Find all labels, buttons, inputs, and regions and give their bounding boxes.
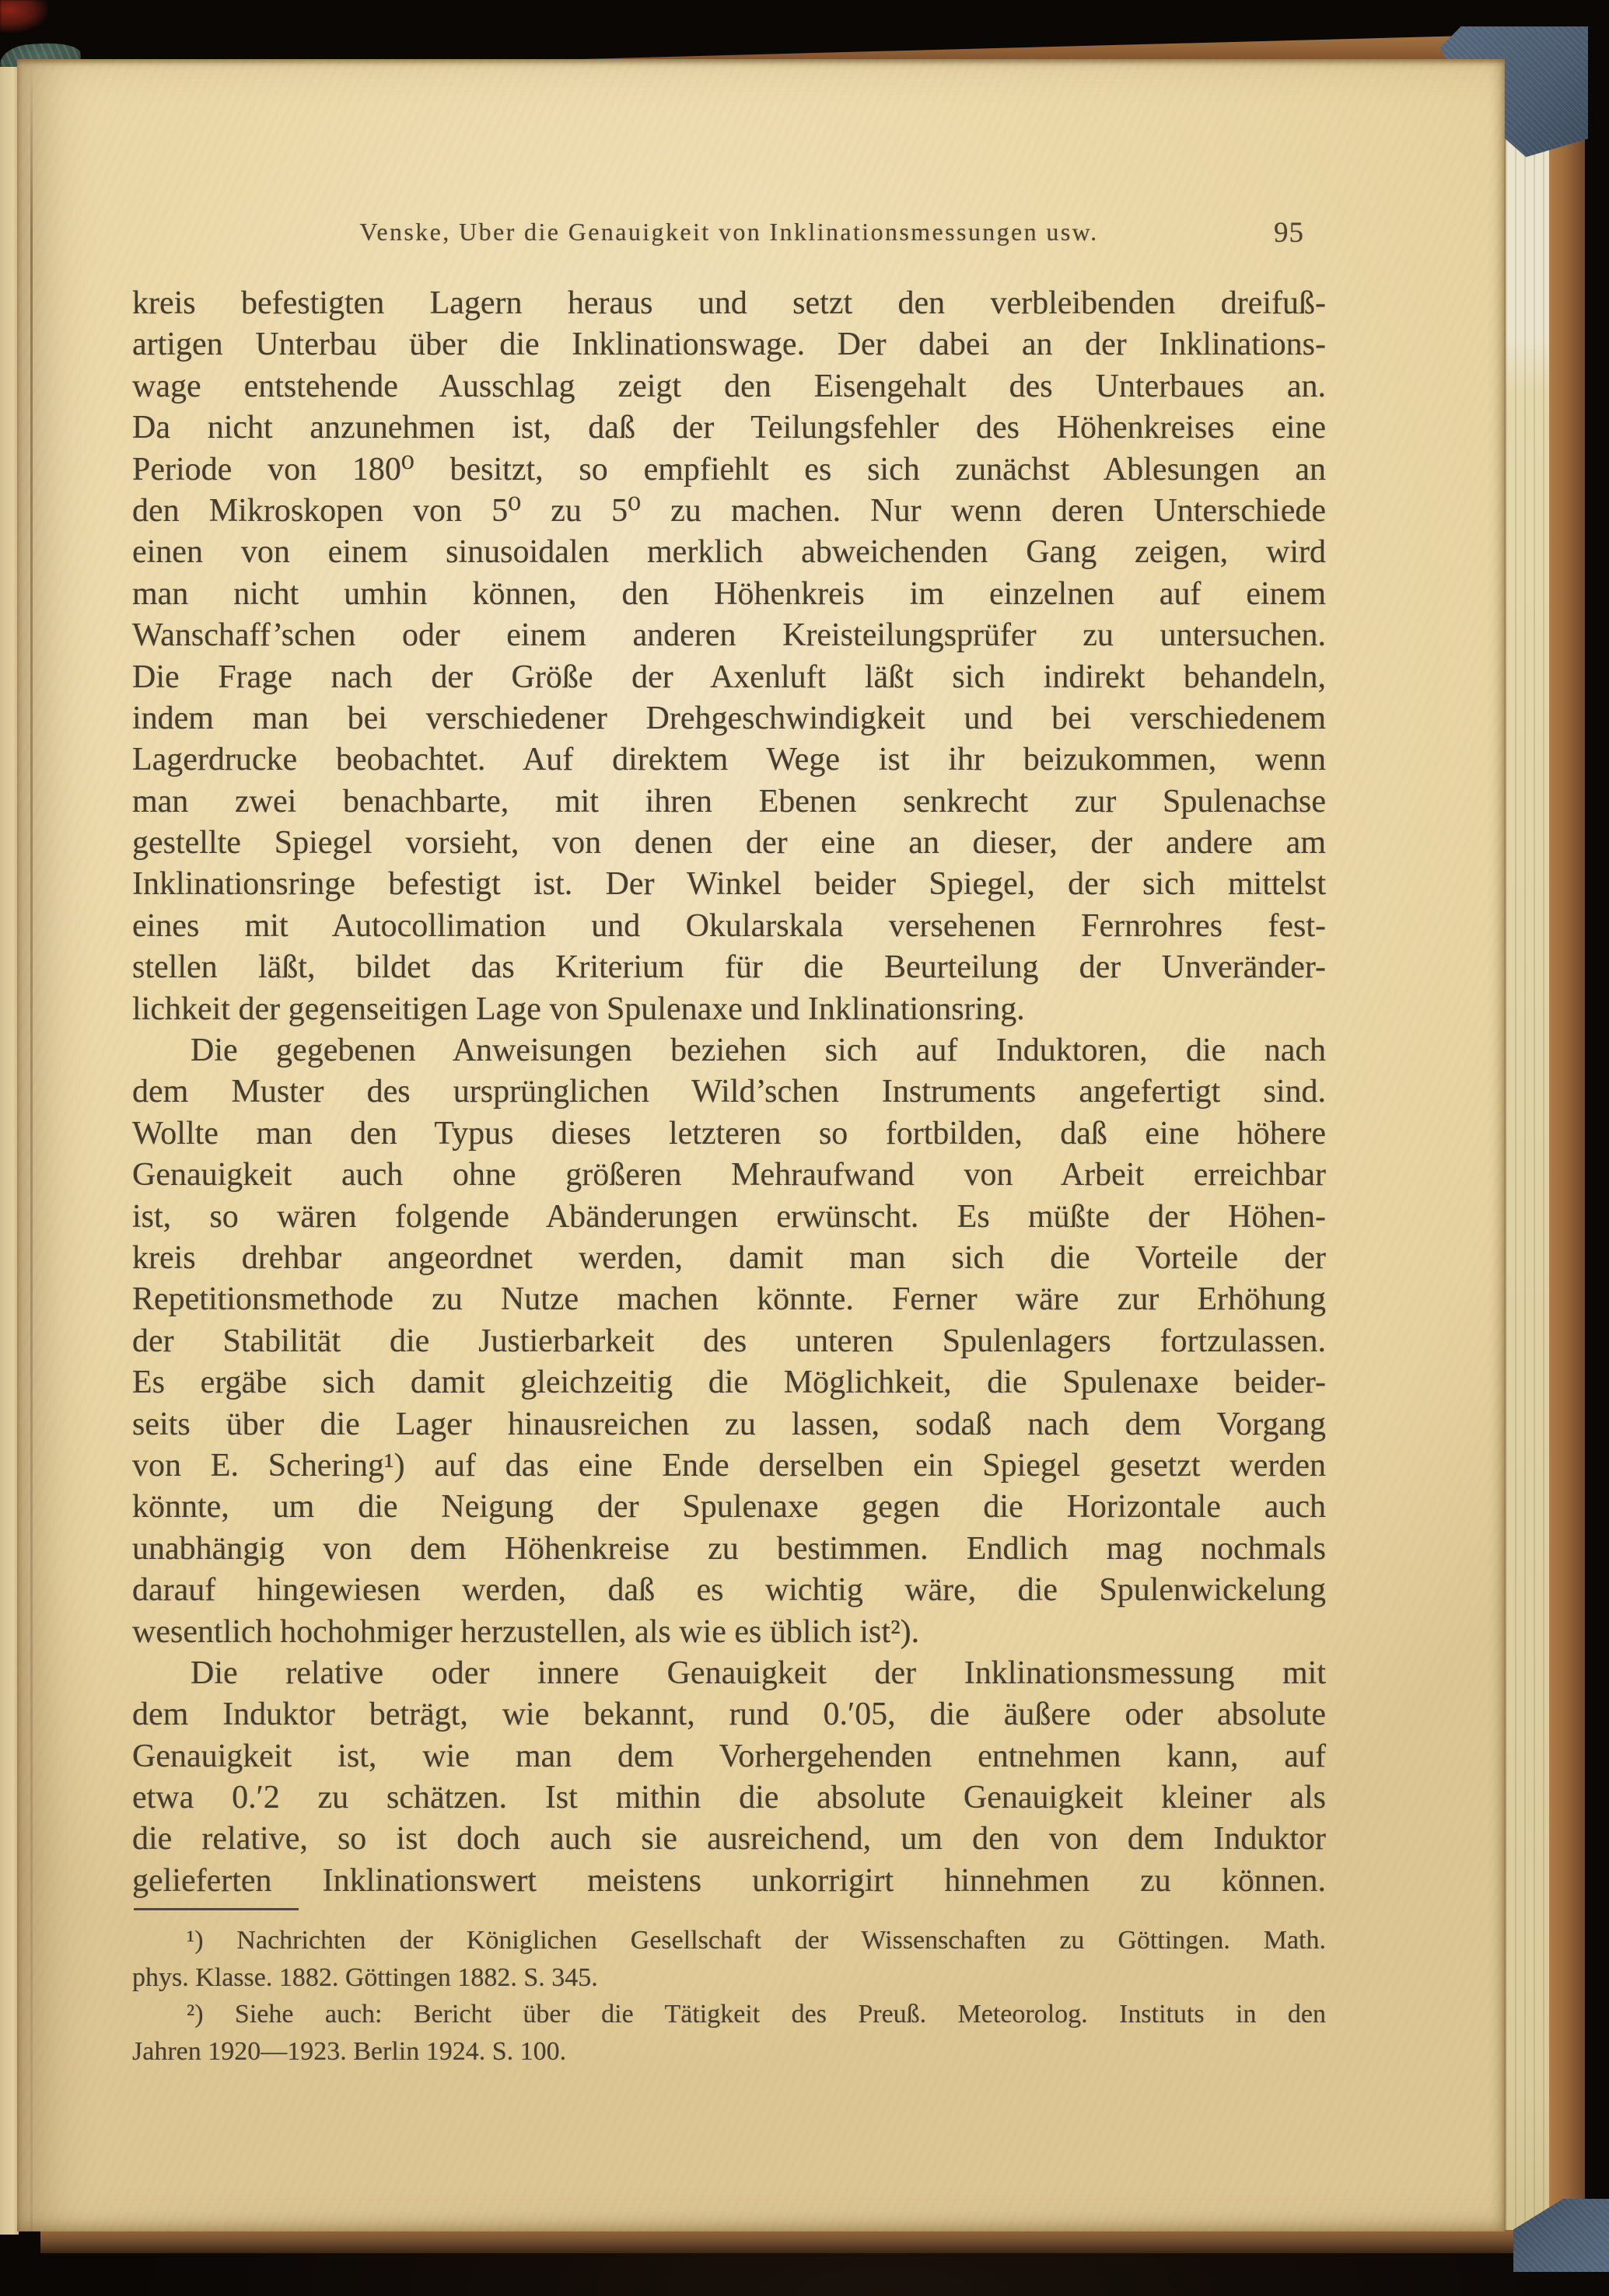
text-line: etwa 0.′2 zu schätzen. Ist mithin die ab… [132, 1777, 1326, 1819]
text-line: dem Induktor beträgt, wie bekannt, rund … [132, 1694, 1326, 1735]
text-line: kreis befestigten Lagern heraus und setz… [132, 283, 1326, 324]
text-line: Inklinationsringe befestigt ist. Der Win… [132, 864, 1326, 905]
text-line: Die relative oder innere Genauigkeit der… [132, 1653, 1326, 1694]
text-line: die relative, so ist doch auch sie ausre… [132, 1819, 1326, 1860]
book-cover-right-edge [1549, 45, 1585, 2263]
text-line: artigen Unterbau über die Inklinationswa… [132, 324, 1326, 365]
gutter-page-sliver [0, 67, 19, 2235]
text-line: dem Muster des ursprünglichen Wild’schen… [132, 1071, 1326, 1113]
text-line: Repetitionsmethode zu Nutze machen könnt… [132, 1279, 1326, 1320]
gutter-crease [30, 59, 33, 2231]
text-line: Genauigkeit ist, wie man dem Vorhergehen… [132, 1736, 1326, 1777]
text-line: Die Frage nach der Größe der Axenluft lä… [132, 657, 1326, 698]
scanned-book-page: Venske, Uber die Genauigkeit von Inklina… [0, 0, 1609, 2296]
red-corner-mark [0, 0, 48, 33]
text-line: eines mit Autocollimation und Okularskal… [132, 906, 1326, 947]
text-line: Wollte man den Typus dieses letzteren so… [132, 1113, 1326, 1155]
footnote-line: ²) Siehe auch: Bericht über die Tätigkei… [132, 1996, 1326, 2033]
page-number: 95 [1274, 216, 1304, 250]
running-header: Venske, Uber die Genauigkeit von Inklina… [132, 218, 1326, 252]
text-line: Die gegebenen Anweisungen beziehen sich … [132, 1030, 1326, 1071]
text-line: könnte, um die Neigung der Spulenaxe geg… [132, 1487, 1326, 1528]
body-text: kreis befestigten Lagern heraus und setz… [132, 283, 1326, 1902]
book-page: Venske, Uber die Genauigkeit von Inklina… [17, 59, 1505, 2231]
text-line: wage entstehende Ausschlag zeigt den Eis… [132, 366, 1326, 407]
header-title: Venske, Uber die Genauigkeit von Inklina… [132, 218, 1326, 246]
text-line: Es ergäbe sich damit gleichzeitig die Mö… [132, 1362, 1326, 1403]
text-line: Lagerdrucke beobachtet. Auf direktem Weg… [132, 739, 1326, 781]
text-line: den Mikroskopen von 5⁰ zu 5⁰ zu machen. … [132, 491, 1326, 532]
text-line: man nicht umhin können, den Höhenkreis i… [132, 574, 1326, 615]
text-line: lichkeit der gegenseitigen Lage von Spul… [132, 989, 1326, 1030]
text-line: man zwei benachbarte, mit ihren Ebenen s… [132, 781, 1326, 823]
text-line: indem man bei verschiedener Drehgeschwin… [132, 698, 1326, 739]
footnote-line: phys. Klasse. 1882. Göttingen 1882. S. 3… [132, 1959, 1326, 1997]
text-line: von E. Schering¹) auf das eine Ende ders… [132, 1445, 1326, 1487]
text-line: Periode von 180⁰ besitzt, so empfiehlt e… [132, 449, 1326, 491]
page-stack-right-edge [1503, 59, 1549, 2249]
text-line: unabhängig von dem Höhenkreise zu bestim… [132, 1529, 1326, 1570]
text-line: wesentlich hochohmiger herzustellen, als… [132, 1612, 1326, 1653]
text-line: stellen läßt, bildet das Kriterium für d… [132, 947, 1326, 988]
text-line: der Stabilität die Justierbarkeit des un… [132, 1321, 1326, 1362]
text-line: Genauigkeit auch ohne größeren Mehraufwa… [132, 1155, 1326, 1196]
footnote-line: Jahren 1920—1923. Berlin 1924. S. 100. [132, 2033, 1326, 2071]
footnotes: ¹) Nachrichten der Königlichen Gesellsch… [132, 1922, 1326, 2070]
page-stack-bottom-edge [40, 2230, 1586, 2253]
footnote-line: ¹) Nachrichten der Königlichen Gesellsch… [132, 1922, 1326, 1959]
text-line: darauf hingewiesen werden, daß es wichti… [132, 1570, 1326, 1611]
text-line: ist, so wären folgende Abänderungen erwü… [132, 1197, 1326, 1238]
text-line: einen von einem sinusoidalen merklich ab… [132, 532, 1326, 573]
text-line: kreis drehbar angeordnet werden, damit m… [132, 1238, 1326, 1279]
text-line: Da nicht anzunehmen ist, daß der Teilung… [132, 407, 1326, 449]
text-line: gelieferten Inklinationswert meistens un… [132, 1861, 1326, 1902]
footnote-rule [134, 1908, 299, 1910]
text-line: seits über die Lager hinausreichen zu la… [132, 1404, 1326, 1445]
text-line: gestellte Spiegel vorsieht, von denen de… [132, 823, 1326, 864]
text-line: Wanschaff’schen oder einem anderen Kreis… [132, 615, 1326, 656]
